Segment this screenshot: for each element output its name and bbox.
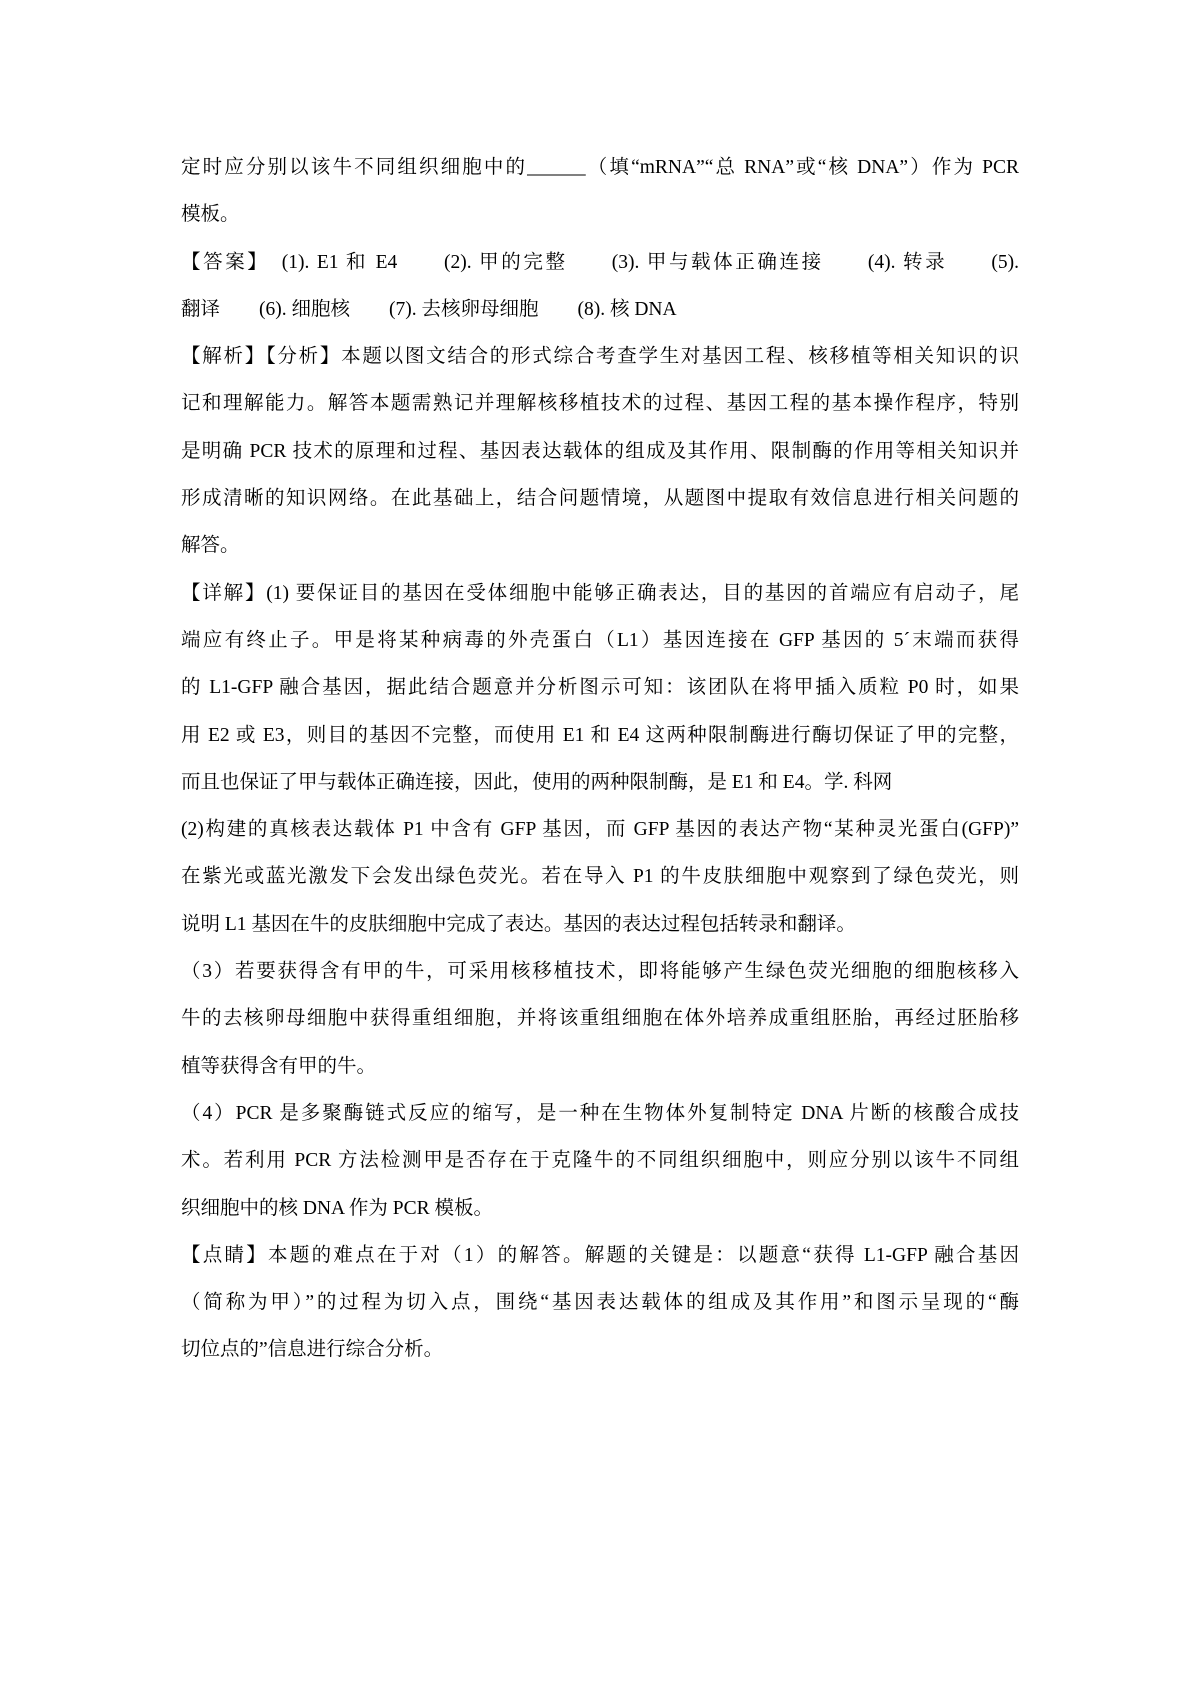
text-line: 织细胞中的核 DNA 作为 PCR 模板。 — [181, 1185, 1019, 1232]
text-line: 的 L1-GFP 融合基因，据此结合题意并分析图示可知：该团队在将甲插入质粒 P… — [181, 664, 1019, 711]
text-line: 模板。 — [181, 191, 1019, 238]
text-line: 牛的去核卵母细胞中获得重组细胞，并将该重组细胞在体外培养成重组胚胎，再经过胚胎移 — [181, 995, 1019, 1042]
text-line: 翻译 (6). 细胞核 (7). 去核卵母细胞 (8). 核 DNA — [181, 286, 1019, 333]
text-line: 在紫光或蓝光激发下会发出绿色荧光。若在导入 P1 的牛皮肤细胞中观察到了绿色荧光… — [181, 853, 1019, 900]
text-line: 【答案】 (1). E1 和 E4 (2). 甲的完整 (3). 甲与载体正确连… — [181, 239, 1019, 286]
paragraph-summary: 【点睛】本题的难点在于对（1）的解答。解题的关键是：以题意“获得 L1-GFP … — [181, 1232, 1019, 1374]
text-line: (2)构建的真核表达载体 P1 中含有 GFP 基因，而 GFP 基因的表达产物… — [181, 806, 1019, 853]
paragraph-analysis: 【解析】【分析】本题以图文结合的形式综合考查学生对基因工程、核移植等相关知识的识… — [181, 333, 1019, 569]
document-content: 定时应分别以该牛不同组织细胞中的______（填“mRNA”“总 RNA”或“核… — [181, 144, 1019, 1374]
text-line: 是明确 PCR 技术的原理和过程、基因表达载体的组成及其作用、限制酶的作用等相关… — [181, 428, 1019, 475]
text-line: 而且也保证了甲与载体正确连接，因此，使用的两种限制酶，是 E1 和 E4。学. … — [181, 759, 1019, 806]
text-line: 记和理解能力。解答本题需熟记并理解核移植技术的过程、基因工程的基本操作程序，特别 — [181, 380, 1019, 427]
paragraph-detail-part3: （3）若要获得含有甲的牛，可采用核移植技术，即将能够产生绿色荧光细胞的细胞核移入… — [181, 948, 1019, 1090]
document-page: 定时应分别以该牛不同组织细胞中的______（填“mRNA”“总 RNA”或“核… — [0, 0, 1200, 1698]
text-line: 解答。 — [181, 522, 1019, 569]
text-line: 【解析】【分析】本题以图文结合的形式综合考查学生对基因工程、核移植等相关知识的识 — [181, 333, 1019, 380]
paragraph-answer: 【答案】 (1). E1 和 E4 (2). 甲的完整 (3). 甲与载体正确连… — [181, 239, 1019, 334]
text-line: （简称为甲）”的过程为切入点，围绕“基因表达载体的组成及其作用”和图示呈现的“酶 — [181, 1279, 1019, 1326]
text-line: （3）若要获得含有甲的牛，可采用核移植技术，即将能够产生绿色荧光细胞的细胞核移入 — [181, 948, 1019, 995]
text-line: 说明 L1 基因在牛的皮肤细胞中完成了表达。基因的表达过程包括转录和翻译。 — [181, 901, 1019, 948]
text-line: 定时应分别以该牛不同组织细胞中的______（填“mRNA”“总 RNA”或“核… — [181, 144, 1019, 191]
text-line: 用 E2 或 E3，则目的基因不完整，而使用 E1 和 E4 这两种限制酶进行酶… — [181, 712, 1019, 759]
text-line: 【点睛】本题的难点在于对（1）的解答。解题的关键是：以题意“获得 L1-GFP … — [181, 1232, 1019, 1279]
text-line: （4）PCR 是多聚酶链式反应的缩写，是一种在生物体外复制特定 DNA 片断的核… — [181, 1090, 1019, 1137]
text-line: 【详解】(1) 要保证目的基因在受体细胞中能够正确表达，目的基因的首端应有启动子… — [181, 570, 1019, 617]
text-line: 端应有终止子。甲是将某种病毒的外壳蛋白（L1）基因连接在 GFP 基因的 5´末… — [181, 617, 1019, 664]
paragraph-detail-part2: (2)构建的真核表达载体 P1 中含有 GFP 基因，而 GFP 基因的表达产物… — [181, 806, 1019, 948]
paragraph-detail-part4: （4）PCR 是多聚酶链式反应的缩写，是一种在生物体外复制特定 DNA 片断的核… — [181, 1090, 1019, 1232]
text-line: 形成清晰的知识网络。在此基础上，结合问题情境，从题图中提取有效信息进行相关问题的 — [181, 475, 1019, 522]
paragraph-detail-part1: 【详解】(1) 要保证目的基因在受体细胞中能够正确表达，目的基因的首端应有启动子… — [181, 570, 1019, 806]
paragraph-question-tail: 定时应分别以该牛不同组织细胞中的______（填“mRNA”“总 RNA”或“核… — [181, 144, 1019, 239]
text-line: 术。若利用 PCR 方法检测甲是否存在于克隆牛的不同组织细胞中，则应分别以该牛不… — [181, 1137, 1019, 1184]
text-line: 植等获得含有甲的牛。 — [181, 1043, 1019, 1090]
text-line: 切位点的”信息进行综合分析。 — [181, 1326, 1019, 1373]
